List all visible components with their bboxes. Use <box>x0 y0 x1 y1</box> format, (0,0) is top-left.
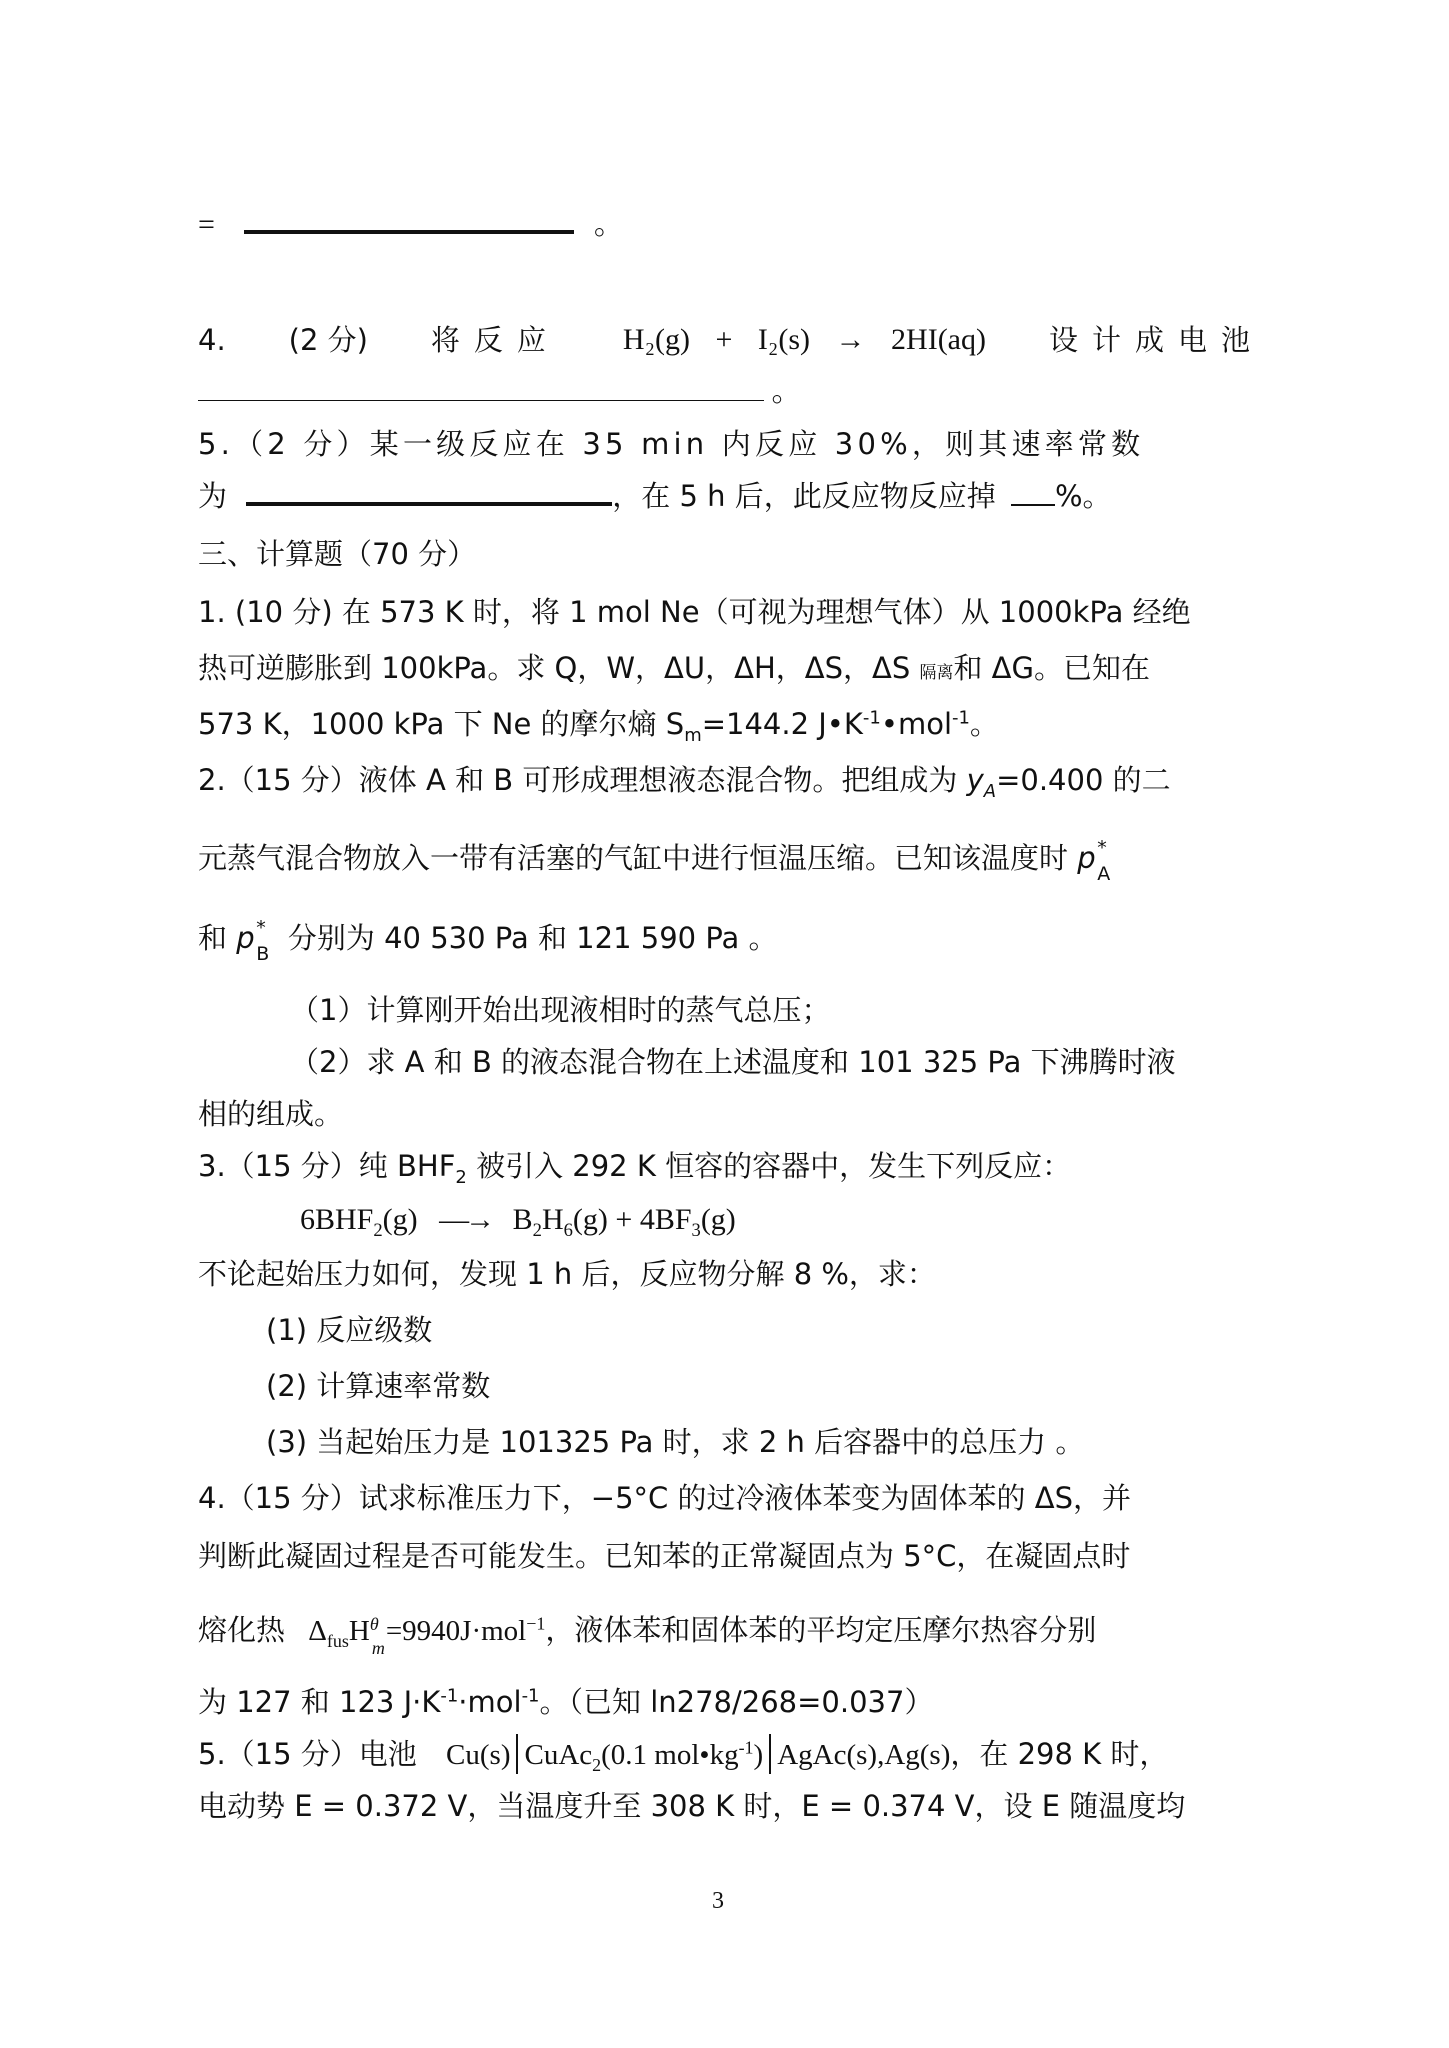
phase-boundary-icon <box>516 1734 518 1774</box>
problem-3-condition: 不论起始压力如何，发现 1 h 后，反应物分解 8 %，求： <box>198 1254 1264 1294</box>
question-4-line2: 。 <box>198 372 1264 412</box>
problem-4-line1: 4.（15 分）试求标准压力下，−5°C 的过冷液体苯变为固体苯的 ΔS，并 <box>198 1478 1264 1518</box>
section-heading: 三、计算题（70 分） <box>198 534 1264 574</box>
problem-3-sub3: (3) 当起始压力是 101325 Pa 时，求 2 h 后容器中的总压力 。 <box>266 1422 1332 1462</box>
problem-1-line3: 573 K，1000 kPa 下 Ne 的摩尔熵 Sm=144.2 J•K-1•… <box>198 704 1264 744</box>
page-number: 3 <box>712 1888 724 1915</box>
problem-2-line2: 元蒸气混合物放入一带有活塞的气缸中进行恒温压缩。已知该温度时 p*A <box>198 838 1264 878</box>
problem-5-line2: 电动势 E = 0.372 V，当温度升至 308 K 时，E = 0.374 … <box>198 1786 1264 1826</box>
reaction-arrow-icon: —→ <box>439 1200 491 1240</box>
problem-4-line2: 判断此凝固过程是否可能发生。已知苯的正常凝固点为 5°C，在凝固点时 <box>198 1536 1264 1576</box>
problem-2-sub1: （1）计算刚开始出现液相时的蒸气总压； <box>290 990 1356 1030</box>
problem-5-line1: 5.（15 分）电池 Cu(s)CuAc2(0.1 mol•kg-1)AgAc(… <box>198 1734 1264 1775</box>
cell-notation: Cu(s)CuAc2(0.1 mol•kg-1)AgAc(s),Ag(s) <box>446 1739 950 1771</box>
exam-page: = 。 4. (2 分) 将反应 H₂(g) + I₂(s) → 2HI(aq)… <box>0 0 1449 2048</box>
problem-3-line1: 3.（15 分）纯 BHF2 被引入 292 K 恒容的容器中，发生下列反应： <box>198 1146 1264 1186</box>
problem-4-line4: 为 127 和 123 J·K-1·mol-1。（已知 ln278/268=0.… <box>198 1682 1264 1722</box>
question-5-line1: 5.（2 分）某一级反应在 35 min 内反应 30%，则其速率常数 <box>198 424 1264 464</box>
pB-star: p*B <box>236 918 254 958</box>
answer-blank[interactable] <box>1011 503 1055 506</box>
equals-sign: = <box>198 208 215 241</box>
problem-3-equation: 6BHF2(g) —→ B2H6(g) + 4BF3(g) <box>300 1200 1366 1240</box>
problem-2-line3: 和 p*B 分别为 40 530 Pa 和 121 590 Pa 。 <box>198 918 1264 958</box>
phase-boundary-icon <box>769 1734 771 1774</box>
problem-1-line1: 1. (10 分) 在 573 K 时，将 1 mol Ne（可视为理想气体）从… <box>198 592 1264 632</box>
problem-2-line1: 2.（15 分）液体 A 和 B 可形成理想液态混合物。把组成为 yA=0.40… <box>198 760 1264 800</box>
top-answer-line: = 。 <box>198 205 1264 245</box>
reaction-equation: H₂(g) + I₂(s) → 2HI(aq) <box>623 320 986 360</box>
problem-1-line2: 热可逆膨胀到 100kPa。求 Q，W，ΔU，ΔH，ΔS，ΔS 隔离和 ΔG。已… <box>198 648 1264 693</box>
answer-blank[interactable] <box>198 399 764 401</box>
pA-star: p*A <box>1077 838 1095 878</box>
problem-4-line3: 熔化热 ΔfusHθm=9940J·mol−1，液体苯和固体苯的平均定压摩尔热容… <box>198 1610 1264 1651</box>
answer-blank[interactable] <box>246 501 612 506</box>
question-5-line2: 为 ，在 5 h 后，此反应物反应掉 %。 <box>198 476 1264 516</box>
problem-3-sub1: (1) 反应级数 <box>266 1310 1332 1350</box>
answer-blank[interactable] <box>244 229 574 234</box>
question-4-line1: 4. (2 分) 将反应 H₂(g) + I₂(s) → 2HI(aq) 设计成… <box>198 320 1264 360</box>
problem-2-sub2: （2）求 A 和 B 的液态混合物在上述温度和 101 325 Pa 下沸腾时液 <box>290 1042 1356 1082</box>
problem-3-sub2: (2) 计算速率常数 <box>266 1366 1332 1406</box>
problem-2-sub2-cont: 相的组成。 <box>198 1094 1264 1134</box>
